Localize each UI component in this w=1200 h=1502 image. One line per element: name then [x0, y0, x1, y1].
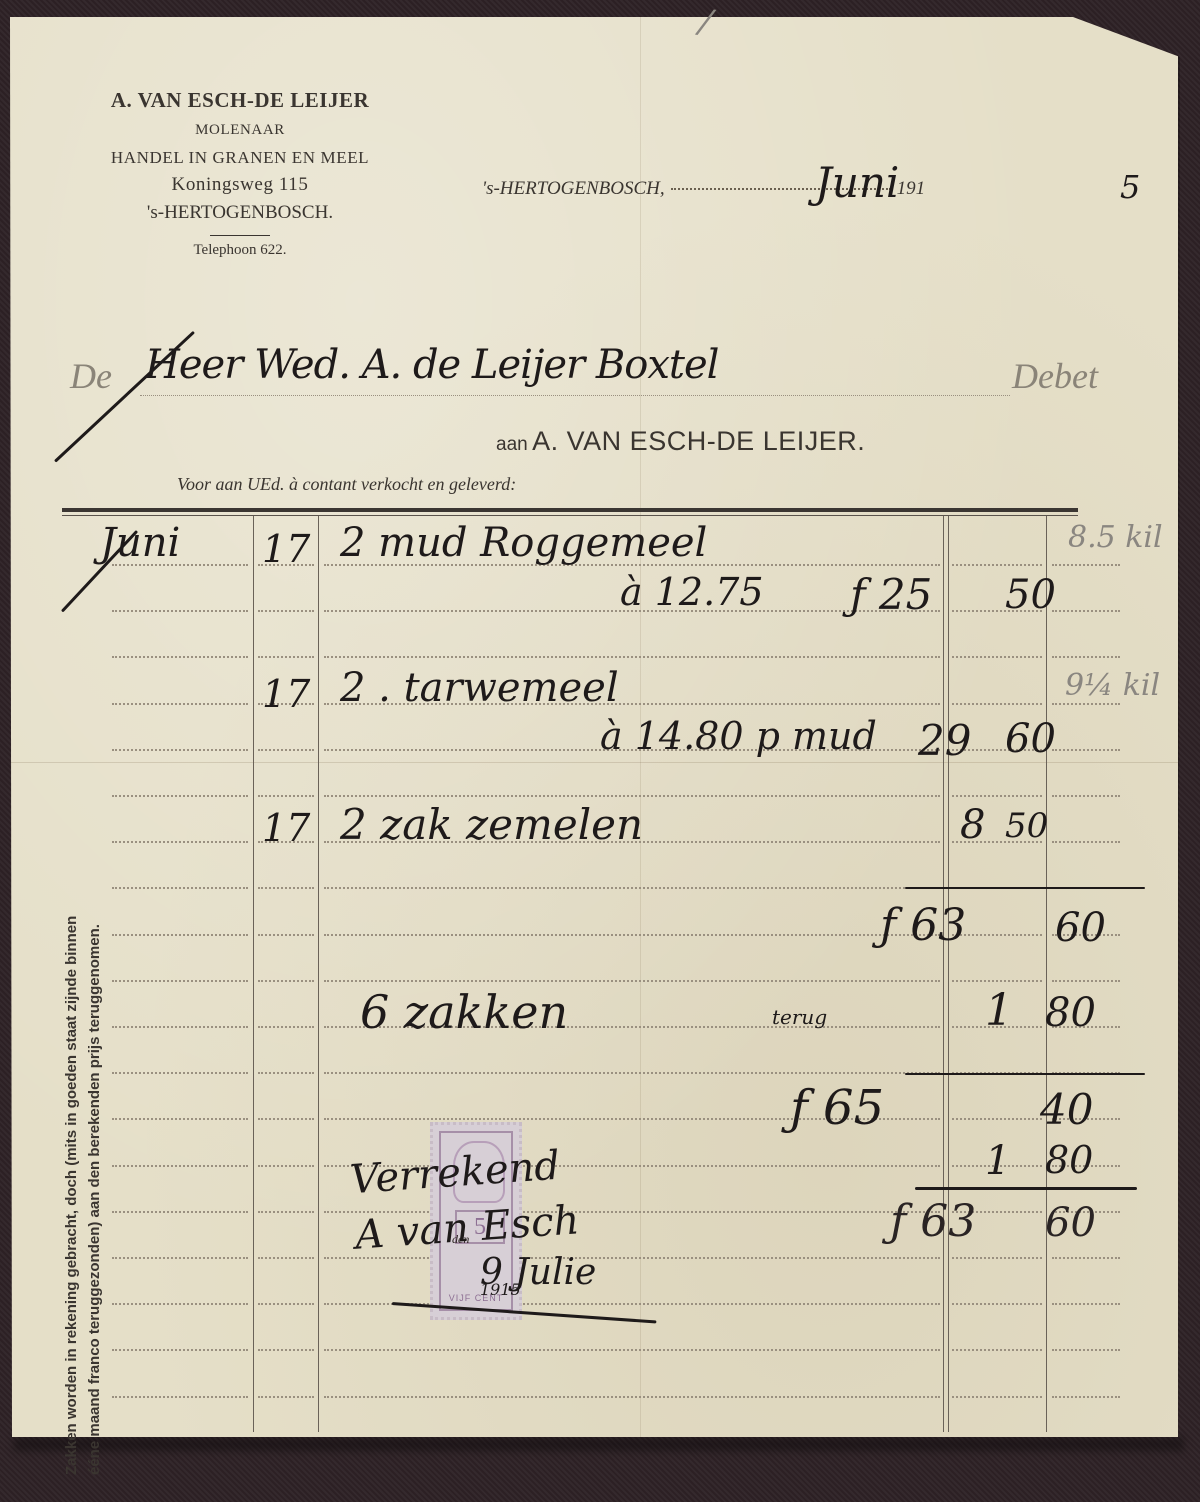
dotted-rule: [112, 1396, 248, 1398]
debit-to-line: aan A. VAN ESCH-DE LEIJER.: [496, 426, 865, 457]
letterhead: A. VAN ESCH-DE LEIJER MOLENAAR HANDEL IN…: [30, 88, 450, 259]
dotted-rule: [112, 703, 248, 705]
column-divider-guilders-1: [943, 516, 944, 1432]
deduction-guilders: 1: [985, 1138, 1010, 1184]
dotted-rule: [952, 795, 1042, 797]
subtotal-2-cents: 40: [1040, 1085, 1093, 1134]
dotted-rule: [112, 1165, 248, 1167]
dotted-rule: [258, 1349, 314, 1351]
company-business: HANDEL IN GRANEN EN MEEL: [30, 144, 450, 171]
column-divider-day: [253, 516, 254, 1432]
column-divider-cents: [1046, 516, 1047, 1432]
dotted-rule: [324, 887, 940, 889]
row-3-guilders: 8: [960, 802, 985, 848]
dotted-rule: [112, 1349, 248, 1351]
dotted-rule: [258, 749, 314, 751]
dotted-rule: [324, 980, 940, 982]
letterhead-divider: [210, 235, 270, 236]
company-trade: MOLENAAR: [30, 117, 450, 144]
dotted-rule: [112, 1118, 248, 1120]
dotted-rule: [258, 1257, 314, 1259]
company-street: Koningsweg 115: [30, 171, 450, 198]
subtotal-2-rule: [905, 1073, 1145, 1075]
dotted-rule: [258, 1072, 314, 1074]
row-1-pencil-note: 8.5 kil: [1068, 520, 1163, 555]
addressee-name-handwritten: Heer Wed. A. de Leijer Boxtel: [145, 342, 718, 388]
row-1-guilders: ƒ 25: [850, 570, 932, 619]
paper-shadow: [14, 1437, 1184, 1451]
total-cents: 60: [1045, 1200, 1096, 1246]
dotted-rule: [952, 1396, 1042, 1398]
dotted-rule: [112, 795, 248, 797]
row-5-terug-note: terug: [772, 1005, 827, 1029]
dotted-rule: [1052, 1396, 1120, 1398]
dotted-rule: [324, 1072, 940, 1074]
dotted-rule: [1052, 795, 1120, 797]
addressee-debet: Debet: [1012, 355, 1098, 397]
company-telephone: Telephoon 622.: [30, 242, 450, 259]
row-1-price: à 12.75: [620, 570, 764, 614]
dotted-rule: [1052, 1303, 1120, 1305]
dotted-rule: [258, 1165, 314, 1167]
dotted-rule: [324, 795, 940, 797]
dotted-rule: [112, 1303, 248, 1305]
dotted-rule: [112, 1257, 248, 1259]
company-name: A. VAN ESCH-DE LEIJER: [30, 88, 450, 113]
dotted-rule: [112, 610, 248, 612]
dotted-rule: [952, 1257, 1042, 1259]
dotted-rule: [952, 656, 1042, 658]
dotted-rule: [112, 1072, 248, 1074]
company-city: 's-HERTOGENBOSCH.: [30, 198, 450, 227]
dotted-rule: [112, 934, 248, 936]
dotted-rule: [1052, 749, 1120, 751]
row-1-cents: 50: [1005, 572, 1056, 618]
dotted-rule: [258, 1396, 314, 1398]
row-3-description: 2 zak zemelen: [340, 800, 643, 849]
date-year-printed: 191: [897, 178, 926, 200]
addressee-dotted-line: [140, 395, 1010, 396]
row-2-pencil-note: 9¼ kil: [1065, 668, 1160, 703]
dotted-rule: [258, 795, 314, 797]
dotted-rule: [1052, 656, 1120, 658]
dotted-rule: [112, 1026, 248, 1028]
subtotal-1-guilders: ƒ 63: [880, 900, 966, 951]
dotted-rule: [324, 656, 940, 658]
dotted-rule: [112, 749, 248, 751]
date-year-handwritten: 5: [1120, 168, 1140, 206]
subtotal-2-guilders: ƒ 65: [790, 1080, 884, 1136]
fold-crease-horizontal: [10, 762, 1178, 763]
dotted-rule: [112, 980, 248, 982]
dotted-rule: [324, 934, 940, 936]
column-divider-description: [318, 516, 319, 1432]
dotted-rule: [324, 1396, 940, 1398]
date-month-handwritten: Juni: [815, 158, 899, 207]
dotted-rule: [952, 703, 1042, 705]
row-2-cents: 60: [1005, 716, 1056, 762]
date-city: 's-HERTOGENBOSCH,: [482, 178, 665, 200]
dotted-rule: [324, 1257, 940, 1259]
dotted-rule: [1052, 610, 1120, 612]
aan-label: aan: [496, 434, 528, 455]
dotted-rule: [952, 980, 1042, 982]
sacks-note-line-2: ééne maand franco teruggezonden) aan den…: [83, 916, 106, 1475]
dotted-rule: [952, 1118, 1042, 1120]
row-1-day: 17: [262, 527, 310, 571]
subtotal-1-cents: 60: [1055, 905, 1106, 951]
dotted-rule: [258, 1026, 314, 1028]
dotted-rule: [112, 887, 248, 889]
table-top-rule-thin: [62, 515, 1078, 516]
dotted-rule: [258, 1118, 314, 1120]
addressee-prefix: De: [70, 355, 112, 397]
dotted-rule: [1052, 841, 1120, 843]
sacks-return-note: Zakken worden in rekening gebracht, doch…: [60, 916, 106, 1475]
total-guilders: ƒ 63: [890, 1196, 976, 1247]
invoice-subtitle: Voor aan UEd. à contant verkocht en gele…: [177, 474, 516, 495]
total-rule: [915, 1187, 1137, 1190]
row-2-day: 17: [262, 672, 310, 716]
dotted-rule: [258, 656, 314, 658]
row-1-description: 2 mud Roggemeel: [340, 520, 707, 566]
dotted-rule: [1052, 564, 1120, 566]
dotted-rule: [952, 1303, 1042, 1305]
row-5-guilders: 1: [985, 985, 1013, 1036]
row-5-cents: 80: [1045, 990, 1096, 1036]
sacks-note-line-1: Zakken worden in rekening gebracht, doch…: [60, 916, 83, 1475]
dotted-rule: [112, 841, 248, 843]
table-top-rule: [62, 508, 1078, 512]
row-2-description: 2 . tarwemeel: [340, 665, 619, 711]
row-3-cents: 50: [1005, 806, 1048, 846]
row-2-price: à 14.80 p mud: [600, 714, 877, 758]
dotted-rule: [258, 1303, 314, 1305]
subtotal-1-rule: [905, 887, 1145, 889]
dotted-rule: [258, 610, 314, 612]
column-divider-guilders-2: [948, 516, 949, 1432]
dotted-rule: [1052, 980, 1120, 982]
creditor-name: A. VAN ESCH-DE LEIJER.: [532, 426, 865, 456]
dotted-rule: [1052, 1349, 1120, 1351]
dotted-rule: [1052, 1257, 1120, 1259]
dotted-rule: [258, 1211, 314, 1213]
dotted-rule: [112, 1211, 248, 1213]
row-5-description: 6 zakken: [360, 985, 568, 1039]
row-2-guilders: 29: [918, 716, 971, 765]
dotted-rule: [324, 1349, 940, 1351]
dotted-rule: [258, 934, 314, 936]
dotted-rule: [952, 564, 1042, 566]
dotted-rule: [258, 980, 314, 982]
settlement-year: 1915: [480, 1280, 521, 1299]
row-3-day: 17: [262, 806, 310, 850]
dotted-rule: [258, 887, 314, 889]
deduction-cents: 80: [1045, 1138, 1093, 1182]
dotted-rule: [112, 656, 248, 658]
dotted-rule: [952, 1349, 1042, 1351]
